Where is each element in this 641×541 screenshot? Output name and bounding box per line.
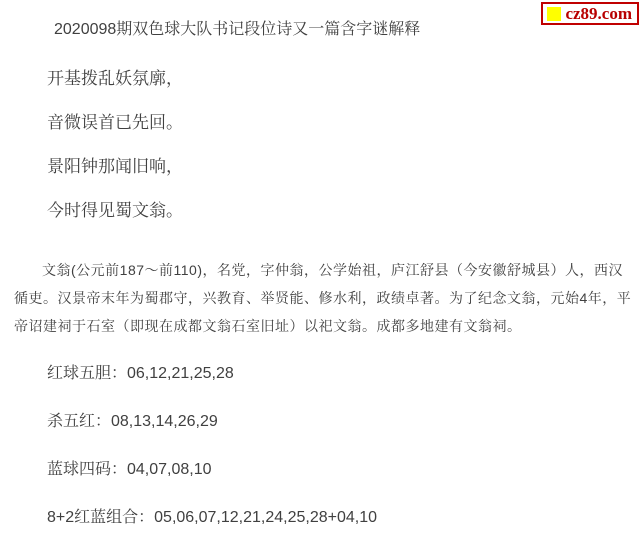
poem-line-1: 开基拨乱妖氛廓， bbox=[14, 65, 635, 93]
site-logo[interactable]: cz89.com bbox=[541, 2, 639, 25]
prediction-blue-four-codes: 蓝球四码：04,07,08,10 bbox=[14, 456, 635, 484]
prediction-8plus2-combo: 8+2红蓝组合：05,06,07,12,21,24,25,28+04,10 bbox=[14, 504, 635, 532]
prediction-kill-five-red: 杀五红：08,13,14,26,29 bbox=[14, 408, 635, 436]
poem-line-2: 音微误首已先回。 bbox=[14, 109, 635, 137]
bio-paragraph: 文翁(公元前187～前110)，名党，字仲翁，公学始祖，庐江舒县（今安徽舒城县）… bbox=[14, 256, 635, 340]
prediction-red-five-dan: 红球五胆：06,12,21,25,28 bbox=[14, 360, 635, 388]
poem-line-3: 景阳钟那闻旧响， bbox=[14, 153, 635, 181]
logo-text: cz89.com bbox=[565, 5, 632, 22]
poem-line-4: 今时得见蜀文翁。 bbox=[14, 197, 635, 225]
logo-yellow-square-icon bbox=[547, 7, 561, 21]
article-content: 2020098期双色球大队书记段位诗又一篇含字谜解释 开基拨乱妖氛廓， 音微误首… bbox=[0, 16, 641, 532]
